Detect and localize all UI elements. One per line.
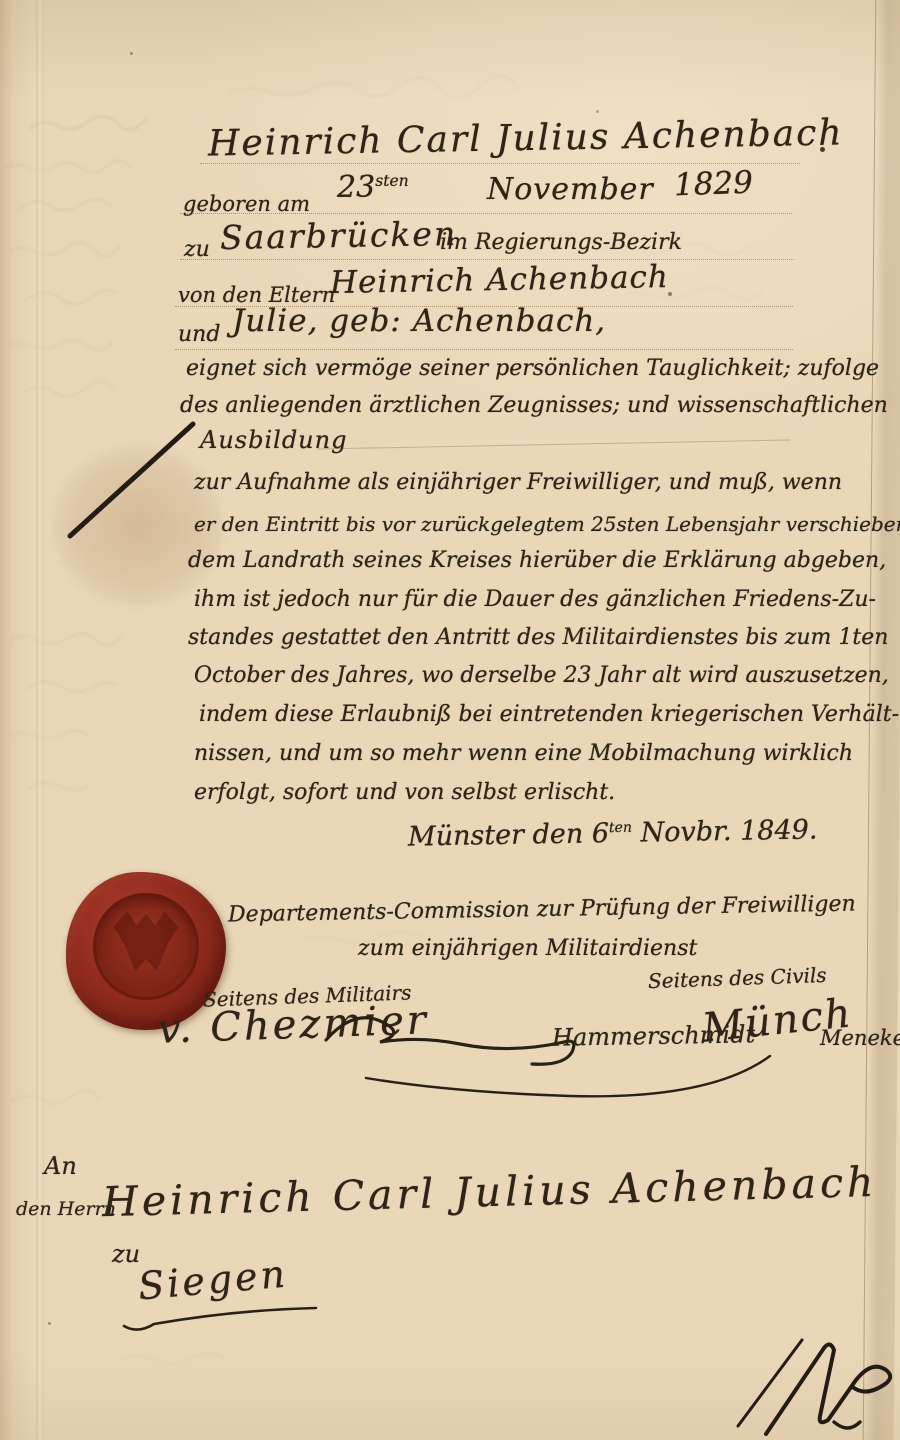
margin-slash-mark: [62, 418, 202, 548]
ink-dot: [820, 147, 825, 152]
body-line: er den Eintritt bis vor zurückgelegtem 2…: [194, 512, 900, 536]
body-line: des anliegenden ärztlichen Zeugnisses; u…: [180, 393, 888, 418]
birthplace-town: Saarbrücken: [220, 214, 458, 257]
document-page: Heinrich Carl Julius Achenbach geboren a…: [0, 0, 900, 1440]
body-line: erfolgt, sofort und von selbst erlischt.: [194, 780, 615, 805]
body-line: dem Landrath seines Kreises hierüber die…: [188, 548, 886, 573]
paraph-signature-mark: [728, 1322, 898, 1440]
mother-prefix: und: [178, 322, 220, 347]
paper-speck: [130, 52, 133, 55]
paper-speck: [48, 1322, 51, 1325]
birth-year: 1829: [673, 165, 753, 204]
birth-day-ordinal: sten: [375, 172, 409, 190]
paper-speck: [596, 110, 599, 113]
father-name: Heinrich Achenbach: [330, 259, 669, 301]
birth-prefix: geboren am: [183, 192, 310, 216]
paper-speck: [668, 292, 672, 296]
birth-day-number: 23: [337, 170, 375, 205]
birthplace-prefix: zu: [184, 237, 210, 262]
dateline-rest: Novbr. 1849.: [640, 814, 817, 848]
form-rule: [180, 258, 794, 260]
body-line: eignet sich vermöge seiner persönlichen …: [186, 356, 879, 381]
dateline-day-ordinal: ten: [609, 820, 632, 836]
address-an: An: [44, 1152, 77, 1180]
birth-day: 23sten: [337, 170, 409, 205]
birthplace-suffix: im Regierungs-Bezirk: [440, 230, 682, 255]
siegen-underline-flourish: [120, 1300, 320, 1334]
body-line: Ausbildung: [200, 426, 347, 454]
form-rule: [175, 348, 793, 350]
body-line: standes gestattet den Antritt des Milita…: [188, 625, 888, 650]
body-line: October des Jahres, wo derselbe 23 Jahr …: [194, 663, 889, 688]
dateline-place: Münster den: [408, 819, 584, 853]
signature-civil-2: Meneke.: [820, 1026, 900, 1050]
address-den-herrn: den Herrn: [16, 1198, 116, 1220]
mother-name: Julie, geb: Achenbach,: [232, 303, 606, 339]
vertical-fold-line: [36, 0, 44, 1440]
signature-underline-flourish: [360, 1048, 780, 1108]
body-line: zur Aufnahme als einjähriger Freiwillige…: [194, 470, 842, 495]
body-line: indem diese Erlaubniß bei eintretenden k…: [199, 702, 899, 727]
dateline-day: 6: [592, 818, 610, 849]
body-line: nissen, und um so mehr wenn eine Mobilma…: [194, 741, 853, 766]
birth-month: November: [487, 172, 654, 207]
commission-title-line2: zum einjährigen Militairdienst: [358, 936, 697, 961]
body-line: ihm ist jedoch nur für die Dauer des gän…: [194, 587, 876, 612]
